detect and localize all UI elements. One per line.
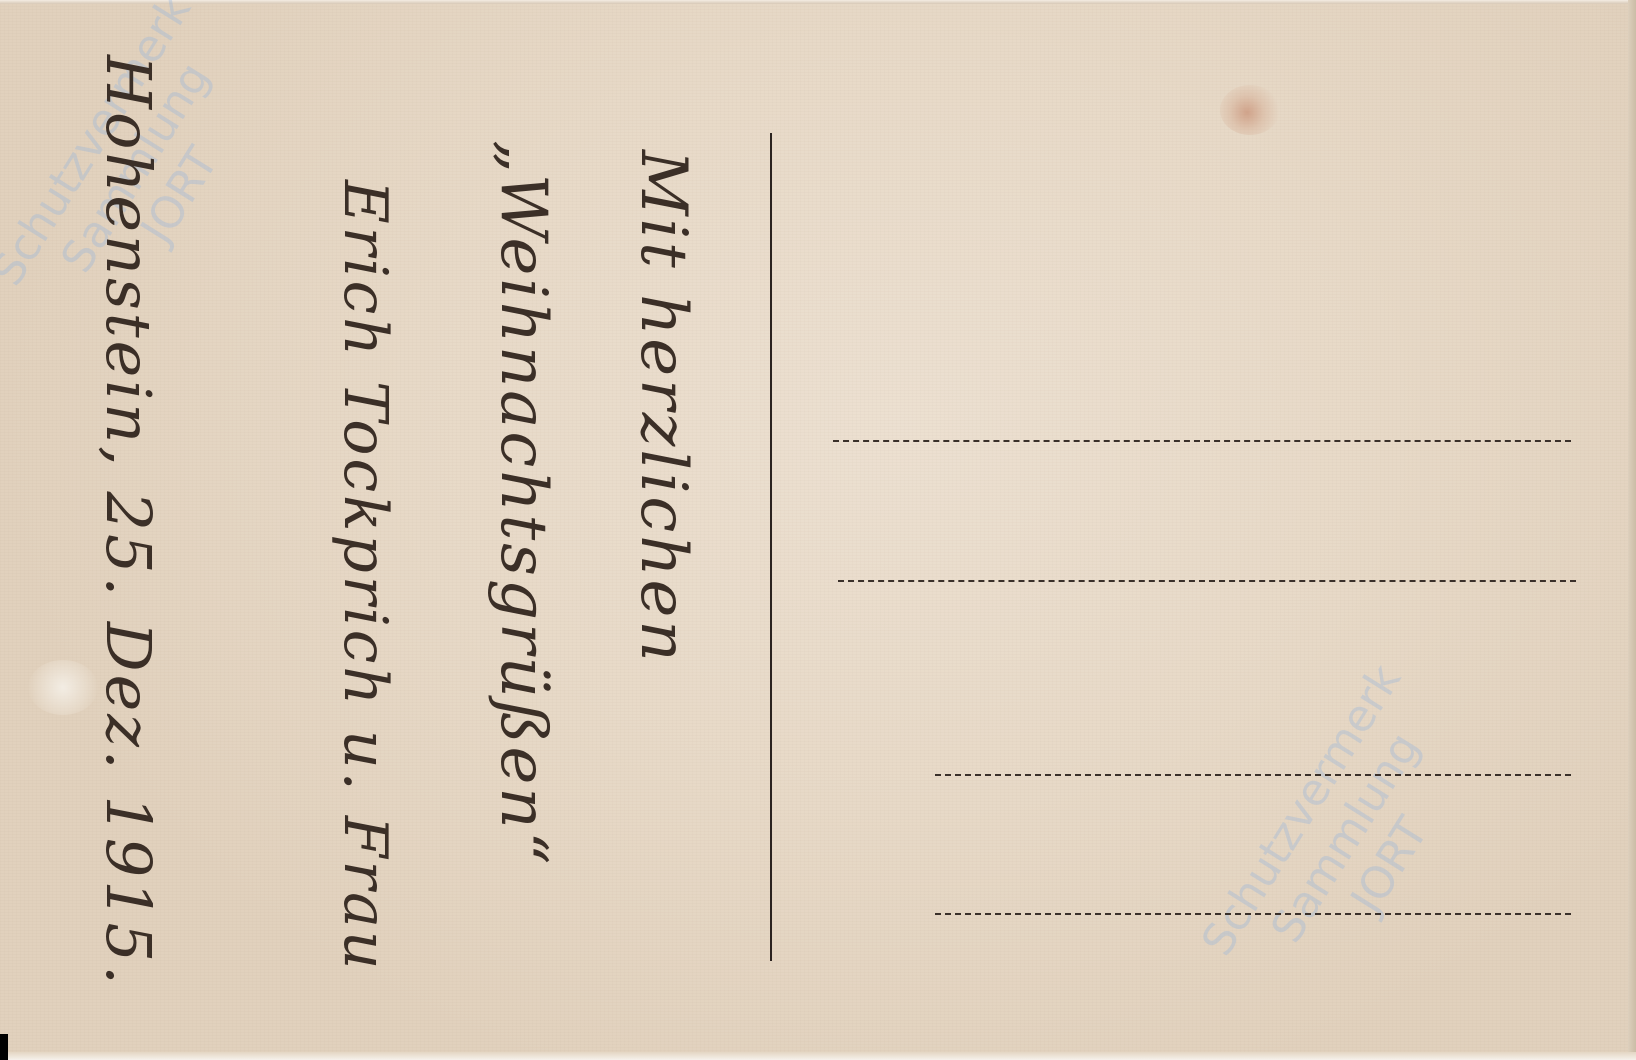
address-line [935, 913, 1571, 915]
card-bottom-edge [0, 1052, 1636, 1060]
paper-scuff [28, 660, 98, 715]
address-line [935, 774, 1571, 776]
address-line [838, 580, 1576, 582]
address-line [833, 440, 1571, 442]
message-line-sender: Erich Tockprich u. Frau [330, 180, 400, 973]
message-line-greeting: Mit herzlichen [626, 150, 700, 665]
message-address-divider [770, 133, 772, 961]
postcard-back: Schutzvermerk Sammlung JORT Schutzvermer… [0, 0, 1636, 1060]
message-line-wishes: „Weihnachtsgrüßen“ [486, 140, 560, 867]
message-line-place-date: Hohenstein, 25. Dez. 1915. [92, 55, 165, 988]
card-right-edge [1628, 0, 1636, 1060]
watermark: Schutzvermerk Sammlung JORT [1192, 656, 1500, 1020]
card-top-edge [0, 0, 1636, 4]
foxing-stain [1220, 85, 1280, 135]
scan-artifact [0, 1034, 8, 1060]
